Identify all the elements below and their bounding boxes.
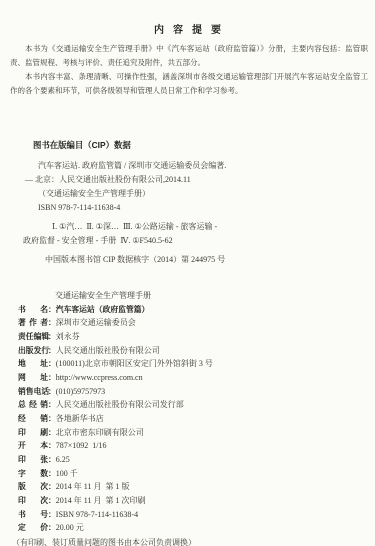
colophon-row-label: 著作者	[18, 316, 48, 330]
colophon-row-value: 2014 年 11 月 第 1 次印刷	[56, 496, 146, 505]
colophon-row: 字数：100 千	[18, 467, 375, 481]
colophon-row-label: 总经销	[18, 398, 48, 412]
colophon-colon: ：	[48, 523, 56, 532]
colophon-colon: ：	[48, 318, 56, 327]
series-title: 交通运输安全生产管理手册	[18, 289, 375, 303]
colophon-row: 经销：各地新华书店	[18, 412, 375, 426]
colophon-row-label: 字数	[18, 467, 48, 481]
colophon-row-label: 印次	[18, 494, 48, 508]
colophon-colon: ：	[48, 414, 56, 423]
summary-paragraph-1: 本书为《交通运输安全生产管理手册》中《汽车客运站（政府监管篇）》分册，主要内容包…	[10, 42, 368, 70]
cip-classification-line-1: Ⅰ. ①汽… Ⅱ. ①深… Ⅲ. ①公路运输 - 旅客运输 -	[52, 220, 375, 234]
colophon-row: 印次：2014 年 11 月 第 1 次印刷	[18, 494, 375, 508]
colophon-row: 版次：2014 年 11 月 第 1 版	[18, 480, 375, 494]
colophon-row: 销售电话：(010)59757973	[18, 385, 375, 399]
colophon-row: 印张：6.25	[18, 453, 375, 467]
colophon-colon: ：	[48, 482, 56, 491]
colophon-row-value: 刘永芬	[56, 332, 80, 341]
colophon-row: 网址：http://www.ccpress.com.cn	[18, 371, 375, 385]
colophon-row-label: 网址	[18, 371, 48, 385]
colophon-row: 开本：787×1092 1/16	[18, 439, 375, 453]
colophon-row-value: 100 千	[56, 469, 78, 478]
colophon-colon: ：	[48, 455, 56, 464]
colophon-row-label: 经销	[18, 412, 48, 426]
cip-section: 图书在版编目（CIP）数据 汽车客运站. 政府监管篇 / 深圳市交通运输委员会编…	[25, 139, 375, 267]
colophon-row: 书名：汽车客运站（政府监管篇）	[18, 303, 375, 317]
colophon-colon: ：	[48, 496, 56, 505]
book-copyright-page: 内容提要 本书为《交通运输安全生产管理手册》中《汽车客运站（政府监管篇）》分册，…	[0, 0, 375, 546]
colophon-colon: ：	[48, 373, 56, 382]
colophon-row-value: (100011)北京市朝阳区安定门外外馆斜街 3 号	[56, 359, 213, 368]
colophon-row-label: 书名	[18, 303, 48, 317]
colophon-row-value: 人民交通出版社股份有限公司	[56, 346, 160, 355]
colophon-colon: ：	[48, 305, 56, 314]
colophon-row: 地址：(100011)北京市朝阳区安定门外外馆斜街 3 号	[18, 357, 375, 371]
colophon-colon: ：	[48, 400, 56, 409]
colophon-row-label: 出版发行	[18, 344, 48, 358]
colophon-row: 书号：ISBN 978-7-114-11638-4	[18, 508, 375, 522]
content-summary-heading: 内容提要	[0, 24, 375, 38]
colophon-colon: ：	[48, 510, 56, 519]
colophon-row-label: 书号	[18, 508, 48, 522]
colophon-row-label: 销售电话	[18, 385, 48, 399]
colophon-row: 出版发行：人民交通出版社股份有限公司	[18, 344, 375, 358]
colophon-colon: ：	[48, 469, 56, 478]
colophon-row-value: 787×1092 1/16	[56, 441, 107, 450]
colophon-row-value: 各地新华书店	[56, 414, 104, 423]
colophon-row-label: 印张	[18, 453, 48, 467]
colophon-row-label: 版次	[18, 480, 48, 494]
colophon-row-value: 2014 年 11 月 第 1 版	[56, 482, 130, 491]
colophon-row: 责任编辑：刘永芬	[18, 330, 375, 344]
cip-record-line: 中国版本图书馆 CIP 数据核字（2014）第 244975 号	[45, 253, 375, 267]
colophon-row: 总经销：人民交通出版社股份有限公司发行部	[18, 398, 375, 412]
colophon-row-value: 人民交通出版社股份有限公司发行部	[56, 400, 184, 409]
colophon-row-value: 20.00 元	[56, 523, 84, 532]
colophon-colon: ：	[48, 346, 56, 355]
colophon-colon: ：	[48, 428, 56, 437]
colophon-row-value: http://www.ccpress.com.cn	[56, 373, 143, 382]
colophon-colon: ：	[48, 332, 56, 341]
colophon-row: 著作者：深圳市交通运输委员会	[18, 316, 375, 330]
content-summary-section: 内容提要 本书为《交通运输安全生产管理手册》中《汽车客运站（政府监管篇）》分册，…	[0, 24, 375, 98]
colophon-section: 交通运输安全生产管理手册 书名：汽车客运站（政府监管篇） 著作者：深圳市交通运输…	[18, 289, 375, 546]
cip-isbn-line: ISBN 978-7-114-11638-4	[38, 201, 375, 215]
colophon-row-label: 印刷	[18, 426, 48, 440]
summary-paragraph-2: 本书内容丰富、条理清晰、可操作性强，涵盖深圳市各级交通运输管理部门开展汽车客运站…	[10, 70, 368, 98]
colophon-colon: ：	[48, 441, 56, 450]
cip-publisher-line: — 北京：人民交通出版社股份有限公司,2014.11	[25, 173, 375, 187]
colophon-row-label: 责任编辑	[18, 330, 48, 344]
colophon-row-value: ISBN 978-7-114-11638-4	[56, 510, 138, 519]
colophon-row-value: 汽车客运站（政府监管篇）	[56, 305, 150, 314]
quality-note: （有印刷、装订质量问题的图书由本公司负责调换）	[12, 536, 375, 546]
cip-classification-line-2: 政府监督 - 安全管理 - 手册 Ⅳ. ①F540.5-62	[23, 234, 375, 248]
colophon-colon: ：	[48, 387, 56, 396]
colophon-row: 定价：20.00 元	[18, 521, 375, 535]
colophon-row-label: 地址	[18, 357, 48, 371]
colophon-row-value: 北京市密东印刷有限公司	[56, 428, 144, 437]
colophon-row-label: 定价	[18, 521, 48, 535]
cip-series-line: （交通运输安全生产管理手册）	[38, 187, 375, 201]
colophon-colon: ：	[48, 359, 56, 368]
colophon-row-value: 6.25	[56, 455, 70, 464]
colophon-row-value: (010)59757973	[56, 387, 105, 396]
cip-heading: 图书在版编目（CIP）数据	[33, 139, 375, 152]
colophon-row-value: 深圳市交通运输委员会	[56, 318, 136, 327]
cip-title-line: 汽车客运站. 政府监管篇 / 深圳市交通运输委员会编著.	[38, 159, 375, 173]
colophon-row: 印刷：北京市密东印刷有限公司	[18, 426, 375, 440]
colophon-row-label: 开本	[18, 439, 48, 453]
